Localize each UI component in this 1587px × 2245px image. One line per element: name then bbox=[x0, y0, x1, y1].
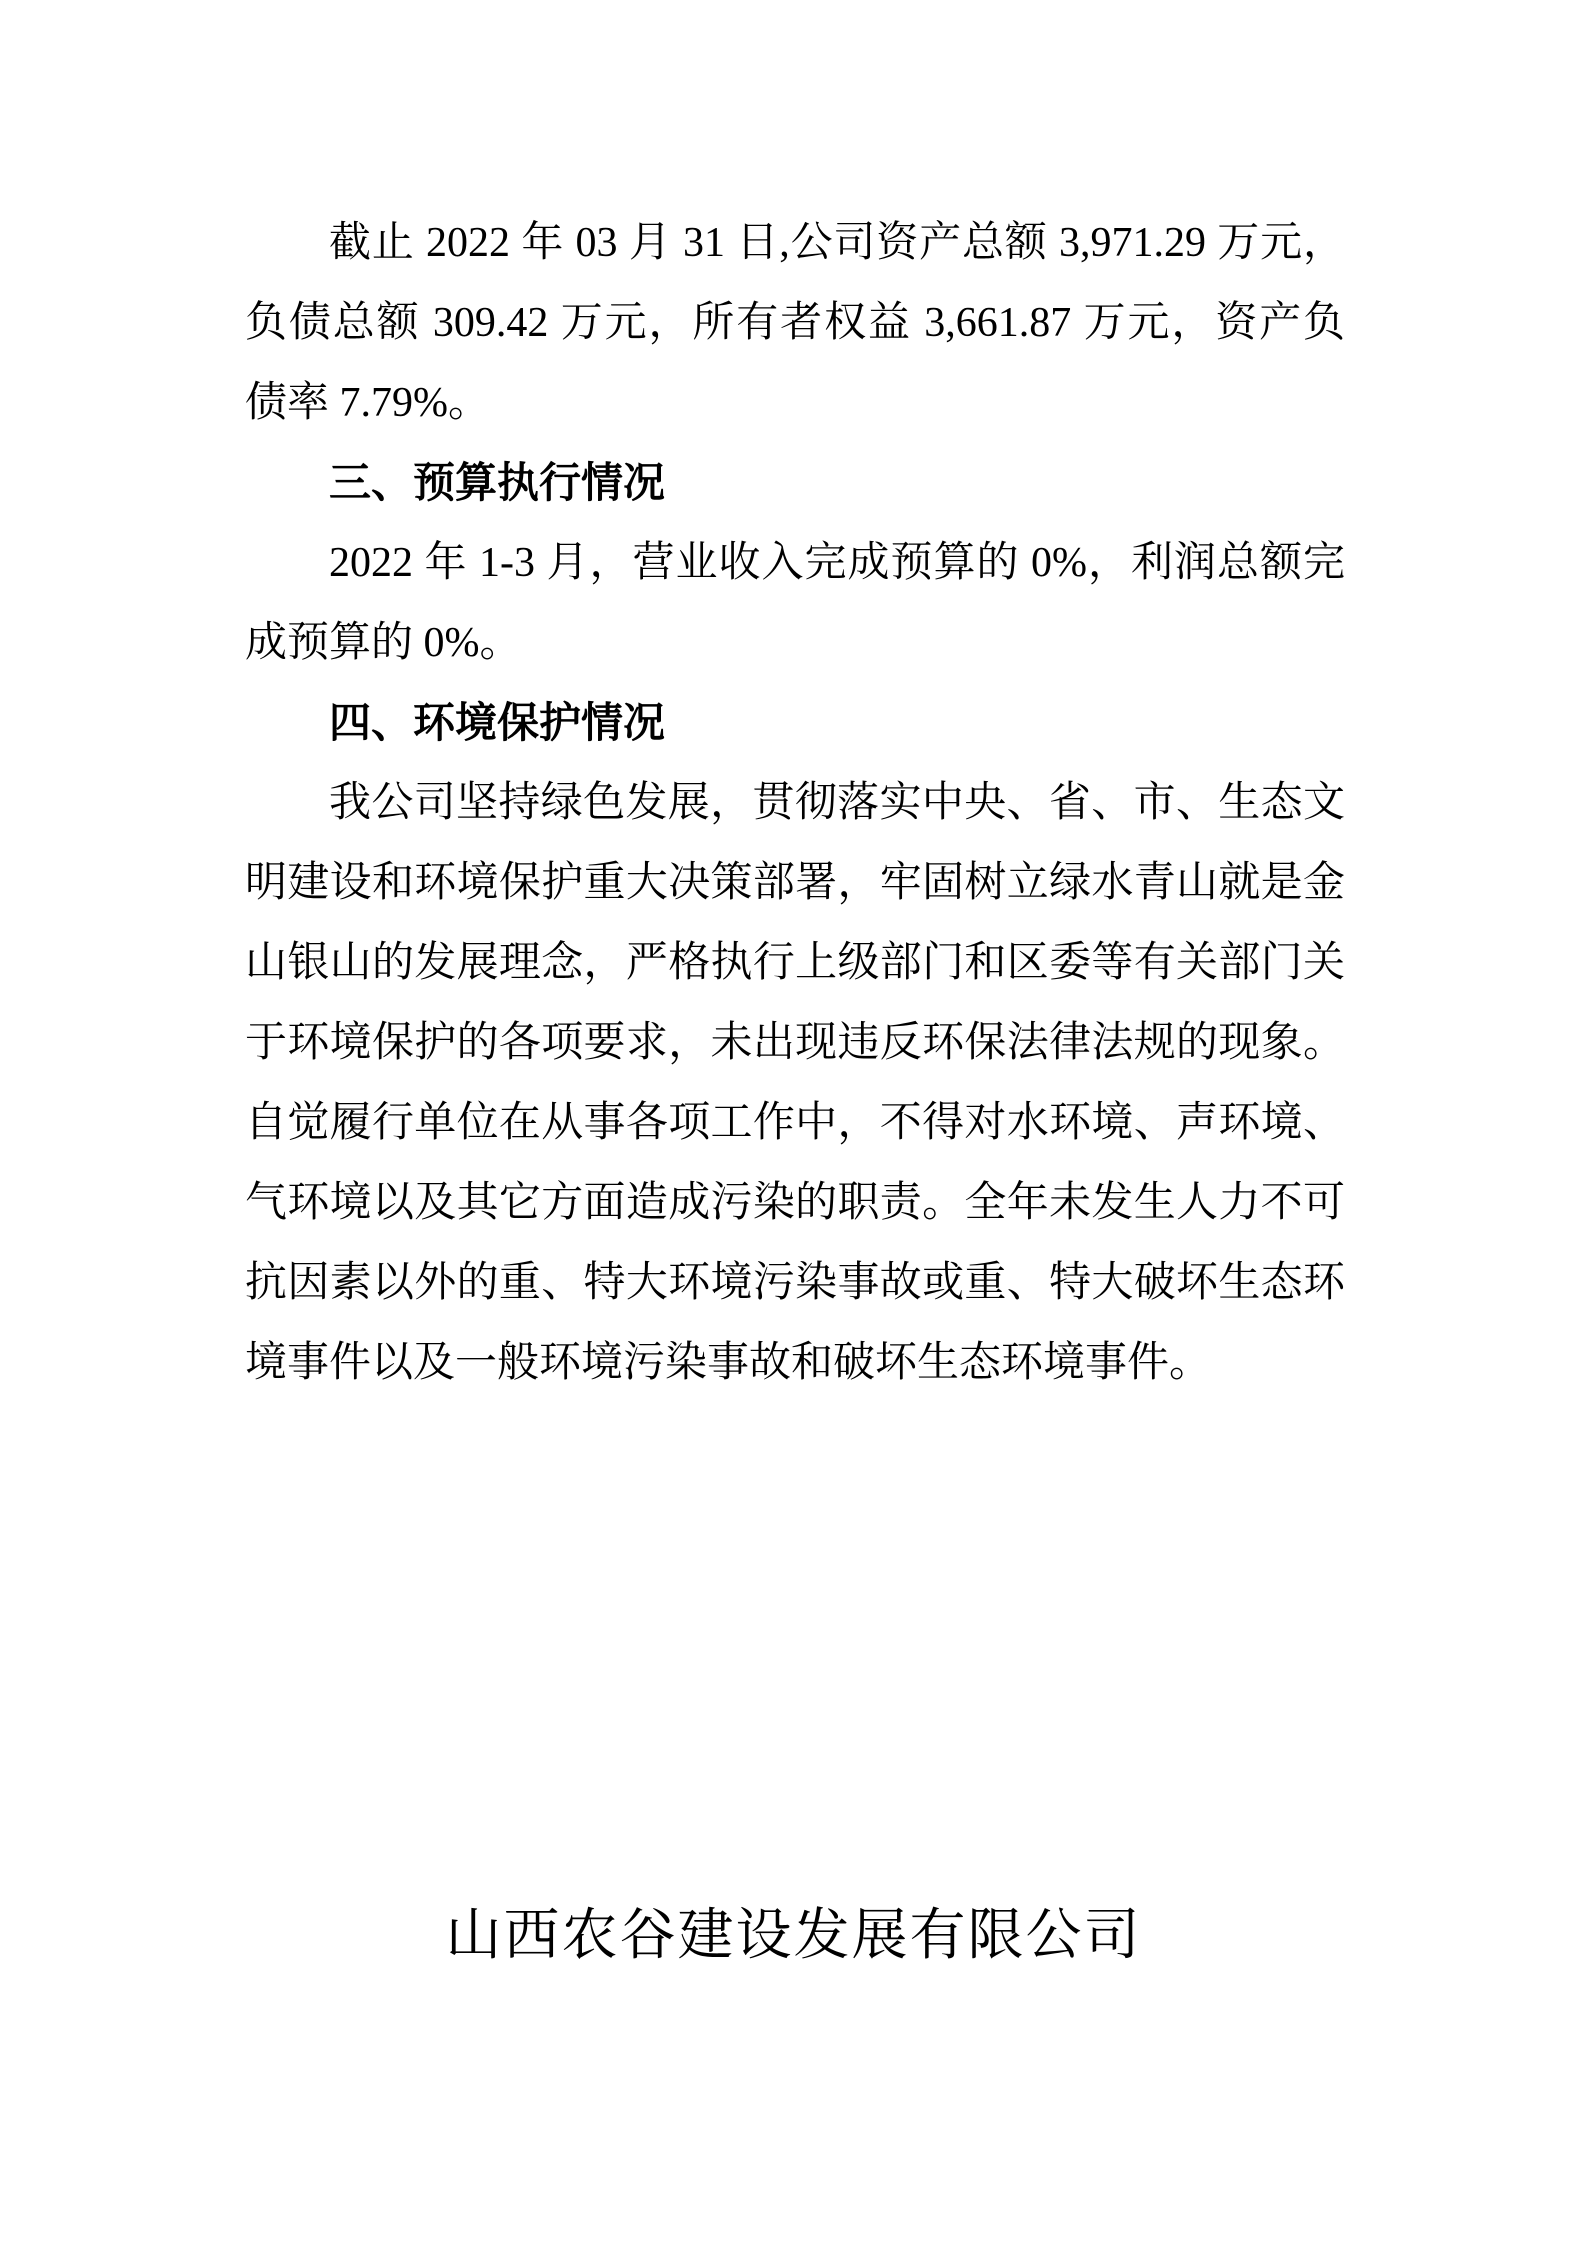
body-line: 债率 7.79%。 bbox=[245, 363, 1345, 443]
company-signature: 山西农谷建设发展有限公司 bbox=[0, 1896, 1587, 1976]
body-line: 境事件以及一般环境污染事故和破坏生态环境事件。 bbox=[245, 1323, 1345, 1403]
document-page: 截止 2022 年 03 月 31 日,公司资产总额 3,971.29 万元，负… bbox=[0, 0, 1587, 2245]
body-line: 2022 年 1-3 月，营业收入完成预算的 0%，利润总额完 bbox=[245, 523, 1345, 603]
body-line: 抗因素以外的重、特大环境污染事故或重、特大破坏生态环 bbox=[245, 1243, 1345, 1323]
body-line: 我公司坚持绿色发展，贯彻落实中央、省、市、生态文 bbox=[245, 763, 1345, 843]
body-line: 气环境以及其它方面造成污染的职责。全年未发生人力不可 bbox=[245, 1163, 1345, 1243]
body-line: 明建设和环境保护重大决策部署，牢固树立绿水青山就是金 bbox=[245, 843, 1345, 923]
body-line: 负债总额 309.42 万元，所有者权益 3,661.87 万元，资产负 bbox=[245, 283, 1345, 363]
body-line: 山银山的发展理念，严格执行上级部门和区委等有关部门关 bbox=[245, 923, 1345, 1003]
body-line: 截止 2022 年 03 月 31 日,公司资产总额 3,971.29 万元， bbox=[245, 203, 1345, 283]
document-body: 截止 2022 年 03 月 31 日,公司资产总额 3,971.29 万元，负… bbox=[245, 203, 1345, 1403]
body-line: 自觉履行单位在从事各项工作中，不得对水环境、声环境、 bbox=[245, 1083, 1345, 1163]
section-heading: 三、预算执行情况 bbox=[245, 443, 1345, 523]
section-heading: 四、环境保护情况 bbox=[245, 683, 1345, 763]
body-line: 成预算的 0%。 bbox=[245, 603, 1345, 683]
body-line: 于环境保护的各项要求，未出现违反环保法律法规的现象。 bbox=[245, 1003, 1345, 1083]
